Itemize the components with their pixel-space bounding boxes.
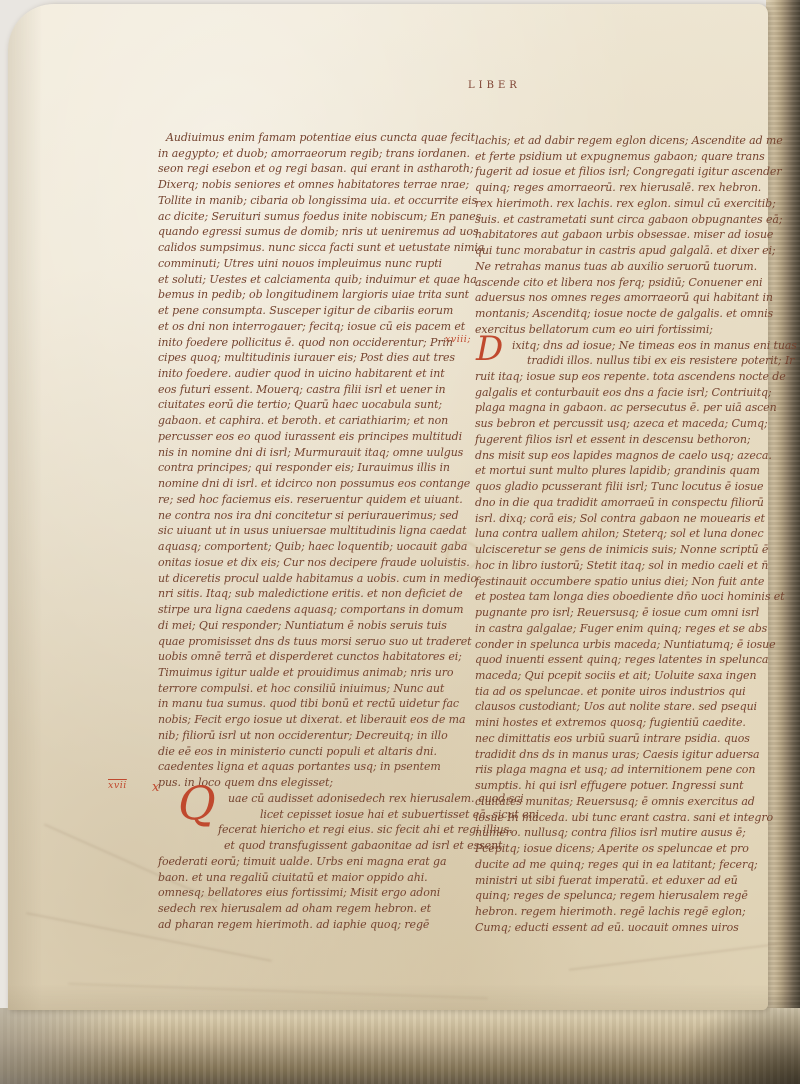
manuscript-line: suis. et castrametati sunt circa gabaon … [475,212,800,228]
manuscript-line: Cumq; educti essent ad eū. uocauit omnes… [475,920,800,936]
manuscript-line: lachis; et ad dabir regem eglon dicens; … [475,133,800,149]
manuscript-line: stirpe ura ligna caedens aquasq; comport… [158,602,472,618]
manuscript-line: di mei; Qui responder; Nuntiatum ē nobis… [158,618,472,634]
margin-note-chapter-xvii: xvii [108,780,127,791]
manuscript-line: habitatores aut gabaon urbis obsessae. m… [475,227,800,243]
manuscript-line: baon. et una regaliū ciuitatū et maior o… [158,870,472,886]
manuscript-line: dno in die qua tradidit amorraeū in cons… [475,495,800,511]
manuscript-line: Pcepitq; iosue dicens; Aperite os spelun… [475,841,800,857]
manuscript-line: onitas iosue et dix eis; Cur nos deciper… [158,555,472,571]
manuscript-line: cipes quoq; multitudinis iurauer eis; Po… [158,350,472,366]
manuscript-line: sumptis. hi qui isrl effugere potuer. In… [475,778,800,794]
manuscript-line: et mortui sunt multo plures lapidib; gra… [475,463,800,479]
manuscript-line: mini hostes et extremos quosq; fugientiū… [475,715,800,731]
manuscript-line: Dixerq; nobis seniores et omnes habitato… [158,177,472,193]
text-column-left: Audiuimus enim famam potentiae eius cunc… [158,130,472,932]
manuscript-line: clausos custodiant; Uos aut nolite stare… [475,699,800,715]
manuscript-photograph: LIBER xviii; xvii x Audiuimus enim famam… [0,0,800,1084]
manuscript-line: dns misit sup eos lapides magnos de cael… [475,448,800,464]
manuscript-line: re; sed hoc faciemus eis. reseruentur qu… [158,492,472,508]
manuscript-line: ac dicite; Seruituri sumus foedus inite … [158,209,472,225]
drop-cap-initial-d: D [476,332,503,366]
manuscript-line: uobis omnē terrā et disperderet cunctos … [158,649,472,665]
manuscript-line: et soluti; Uestes et calciamenta quib; i… [158,272,472,288]
manuscript-line: seon regi esebon et og regi basan. qui e… [158,161,472,177]
manuscript-line: inito foedere. audier quod in uicino hab… [158,366,472,382]
drop-cap-initial-q: Q [178,780,216,826]
manuscript-line: plaga magna in gabaon. ac persecutus ē. … [475,400,800,416]
manuscript-line: pugnante pro isrl; Reuersusq; ē iosue cu… [475,605,800,621]
manuscript-line: iosue In maceda. ubi tunc erant castra. … [475,810,800,826]
manuscript-line: ad pharan regem hierimoth. ad iaphie quo… [158,917,472,933]
manuscript-line: calidos sumpsimus. nunc sicca facti sunt… [158,240,472,256]
manuscript-line: ne contra nos ira dni concitetur si peri… [158,508,472,524]
manuscript-line: tradidit dns ds in manus uras; Caesis ig… [475,747,800,763]
manuscript-line: aquasq; comportent; Quib; haec loquentib… [158,539,472,555]
manuscript-line: fugerit ad iosue et filios isrl; Congreg… [475,164,800,180]
manuscript-line: exercitus bellatorum cum eo uiri fortiss… [475,322,800,338]
manuscript-line: sus bebron et percussit usq; azeca et ma… [475,416,800,432]
manuscript-line: hebron. regem hierimoth. regē lachis reg… [475,904,800,920]
manuscript-line: maceda; Qui pcepit sociis et ait; Uoluit… [475,668,800,684]
manuscript-line: nobis; Fecit ergo iosue ut dixerat. et l… [158,712,472,728]
manuscript-line: quando egressi sumus de domib; nris ut u… [158,224,472,240]
manuscript-line: ciuitates munitas; Reuersusq; ē omnis ex… [475,794,800,810]
manuscript-line: percusser eos eo quod iurassent eis prin… [158,429,472,445]
manuscript-line: Tollite in manib; cibaria ob longissima … [158,193,472,209]
manuscript-line: omnesq; bellatores eius fortissimi; Misi… [158,885,472,901]
manuscript-line: nec dimittatis eos urbiū suarū intrare p… [475,731,800,747]
manuscript-line: et quod transfugissent gabaonitae ad isr… [158,838,472,854]
parchment-wrinkle [68,983,488,1000]
manuscript-line: et postea tam longa dies oboediente dn̄o… [475,589,800,605]
manuscript-line: quinq; reges amorraeorū. rex hierusalē. … [475,180,800,196]
parchment-wrinkle [569,943,778,971]
manuscript-line: Timuimus igitur ualde et prouidimus anim… [158,665,472,681]
manuscript-line: fugerent filios isrl et essent in descen… [475,432,800,448]
manuscript-line: nis in nomine dni di isrl; Murmurauit it… [158,445,472,461]
manuscript-line: quos gladio pcusserant filii isrl; Tunc … [475,479,800,495]
manuscript-line: nomine dni di isrl. et idcirco non possu… [158,476,472,492]
manuscript-line: ruit itaq; iosue sup eos repente. tota a… [475,369,800,385]
manuscript-line: contra principes; qui responder eis; Iur… [158,460,472,476]
manuscript-line: quod inuenti essent quinq; reges latente… [475,652,800,668]
manuscript-line: tradidi illos. nullus tibi ex eis resist… [475,353,800,369]
manuscript-line: ciuitates eorū die tertio; Quarū haec uo… [158,397,472,413]
manuscript-line: caedentes ligna et aquas portantes usq; … [158,759,472,775]
manuscript-line: et pene consumpta. Susceper igitur de ci… [158,303,472,319]
manuscript-line: numero. nullusq; contra filios isrl muti… [475,825,800,841]
manuscript-line: gabaon. et caphira. et beroth. et cariat… [158,413,472,429]
manuscript-line: ulcisceretur se gens de inimicis suis; N… [475,542,800,558]
manuscript-line: montanis; Ascenditq; iosue nocte de galg… [475,306,800,322]
manuscript-line: nib; filiorū isrl ut non occiderentur; D… [158,728,472,744]
manuscript-line: comminuti; Utres uini nouos impleuimus n… [158,256,472,272]
manuscript-line: aduersus nos omnes reges amorraeorū qui … [475,290,800,306]
manuscript-line: ut diceretis procul ualde habitamus a uo… [158,571,472,587]
manuscript-line: sedech rex hierusalem ad oham regem hebr… [158,901,472,917]
manuscript-line: qui tunc morabatur in castris apud galga… [475,243,800,259]
manuscript-line: et ferte psidium ut expugnemus gabaon; q… [475,149,800,165]
manuscript-line: rex hierimoth. rex lachis. rex eglon. si… [475,196,800,212]
manuscript-line: in aegypto; et duob; amorraeorum regib; … [158,146,472,162]
manuscript-line: conder in spelunca urbis maceda; Nuntiat… [475,637,800,653]
text-column-right: lachis; et ad dabir regem eglon dicens; … [475,133,800,935]
manuscript-line: luna contra uallem ahilon; Steterq; sol … [475,526,800,542]
manuscript-line: eos futuri essent. Mouerq; castra filii … [158,382,472,398]
manuscript-line: quinq; reges de spelunca; regem hierusal… [475,888,800,904]
manuscript-line: ducite ad me quinq; reges qui in ea lati… [475,857,800,873]
manuscript-line: inito foedere pollicitus ē. quod non occ… [158,335,472,351]
manuscript-line: in manu tua sumus. quod tibi bonū et rec… [158,696,472,712]
manuscript-line: et os dni non interrogauer; fecitq; iosu… [158,319,472,335]
manuscript-line: sic uiuant ut in usus uniuersae multitud… [158,523,472,539]
manuscript-line: ascende cito et libera nos ferq; psidiū;… [475,275,800,291]
manuscript-line: ixitq; dns ad iosue; Ne timeas eos in ma… [475,338,800,354]
manuscript-line: die eē eos in ministerio cuncti populi e… [158,744,472,760]
manuscript-line: isrl. dixq; corā eis; Sol contra gabaon … [475,511,800,527]
manuscript-line: nri sitis. Itaq; sub maledictione eritis… [158,586,472,602]
manuscript-line: foederati eorū; timuit ualde. Urbs eni m… [158,854,472,870]
manuscript-line: hoc in libro iustorū; Stetit itaq; sol i… [475,558,800,574]
manuscript-line: quae promisisset dns ds tuus morsi seruo… [158,634,472,650]
running-title: LIBER [468,80,521,91]
manuscript-line: tia ad os speluncae. et ponite uiros ind… [475,684,800,700]
manuscript-line: Ne retrahas manus tuas ab auxilio seruor… [475,259,800,275]
manuscript-line: terrore compulsi. et hoc consiliū iniuim… [158,681,472,697]
manuscript-line: riis plaga magna et usq; ad internitione… [475,762,800,778]
manuscript-line: ministri ut sibi fuerat imperatū. et edu… [475,873,800,889]
manuscript-line: Audiuimus enim famam potentiae eius cunc… [158,130,472,146]
parchment-ring-stain [446,541,480,570]
manuscript-page: LIBER xviii; xvii x Audiuimus enim famam… [8,4,768,1010]
manuscript-line: bemus in pedib; ob longitudinem largiori… [158,287,472,303]
manuscript-line: galgalis et conturbauit eos dns a facie … [475,385,800,401]
manuscript-line: in castra galgalae; Fuger enim quinq; re… [475,621,800,637]
manuscript-line: festinauit occumbere spatio unius diei; … [475,574,800,590]
